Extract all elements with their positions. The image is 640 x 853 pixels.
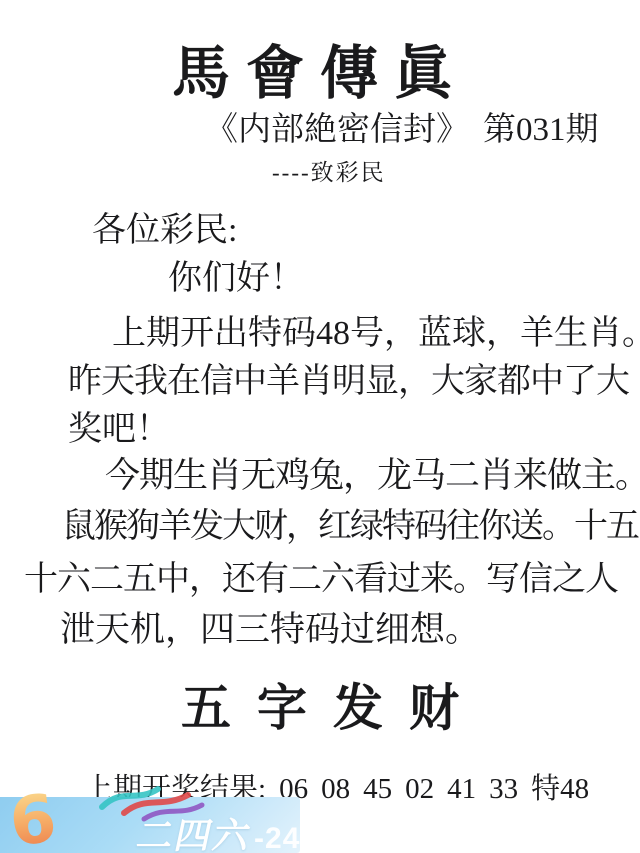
document-title: 馬會傳眞 — [0, 26, 640, 110]
site-name: 二四六 — [133, 808, 258, 853]
body-line: 鼠猴狗羊发大财，红绿特码往你送。十五 — [62, 498, 638, 547]
special-number-label: 特 — [531, 773, 560, 805]
result-number: 45 — [363, 773, 392, 806]
watermark-site-text: 二四六 -246.gd — [138, 808, 366, 853]
body-line: 今期生肖无鸡兔，龙马二肖来做主。 — [105, 448, 640, 498]
body-line: 泄天机，四三特码过细想。 — [60, 602, 480, 652]
body-line: 上期开出特码48号，蓝球，羊生肖。 — [112, 305, 640, 354]
special-number-value: 48 — [560, 773, 589, 805]
special-number: 特48 — [531, 766, 589, 807]
site-domain: -246.gd — [254, 822, 366, 853]
headline-tip: 五字发财 — [0, 668, 640, 740]
logo-6-icon: 6 — [6, 786, 59, 853]
body-line: 奖吧！ — [68, 401, 170, 450]
salutation-line: 各位彩民: — [92, 202, 237, 251]
greeting-line: 你们好！ — [168, 250, 304, 299]
issue-number: 第031期 — [483, 112, 599, 148]
result-number: 08 — [321, 773, 350, 806]
result-number: 41 — [447, 773, 476, 806]
dedication-line: ----致彩民 — [272, 154, 386, 187]
result-number: 02 — [405, 773, 434, 806]
subtitle-envelope-label: 《内部絶密信封》 — [205, 112, 469, 148]
body-line: 昨天我在信中羊肖明显，大家都中了大 — [68, 353, 629, 402]
document-subtitle: 《内部絶密信封》第031期 — [205, 103, 599, 150]
body-line: 十六二五中，还有二六看过来。写信之人 — [24, 551, 618, 600]
result-number: 33 — [489, 773, 518, 806]
